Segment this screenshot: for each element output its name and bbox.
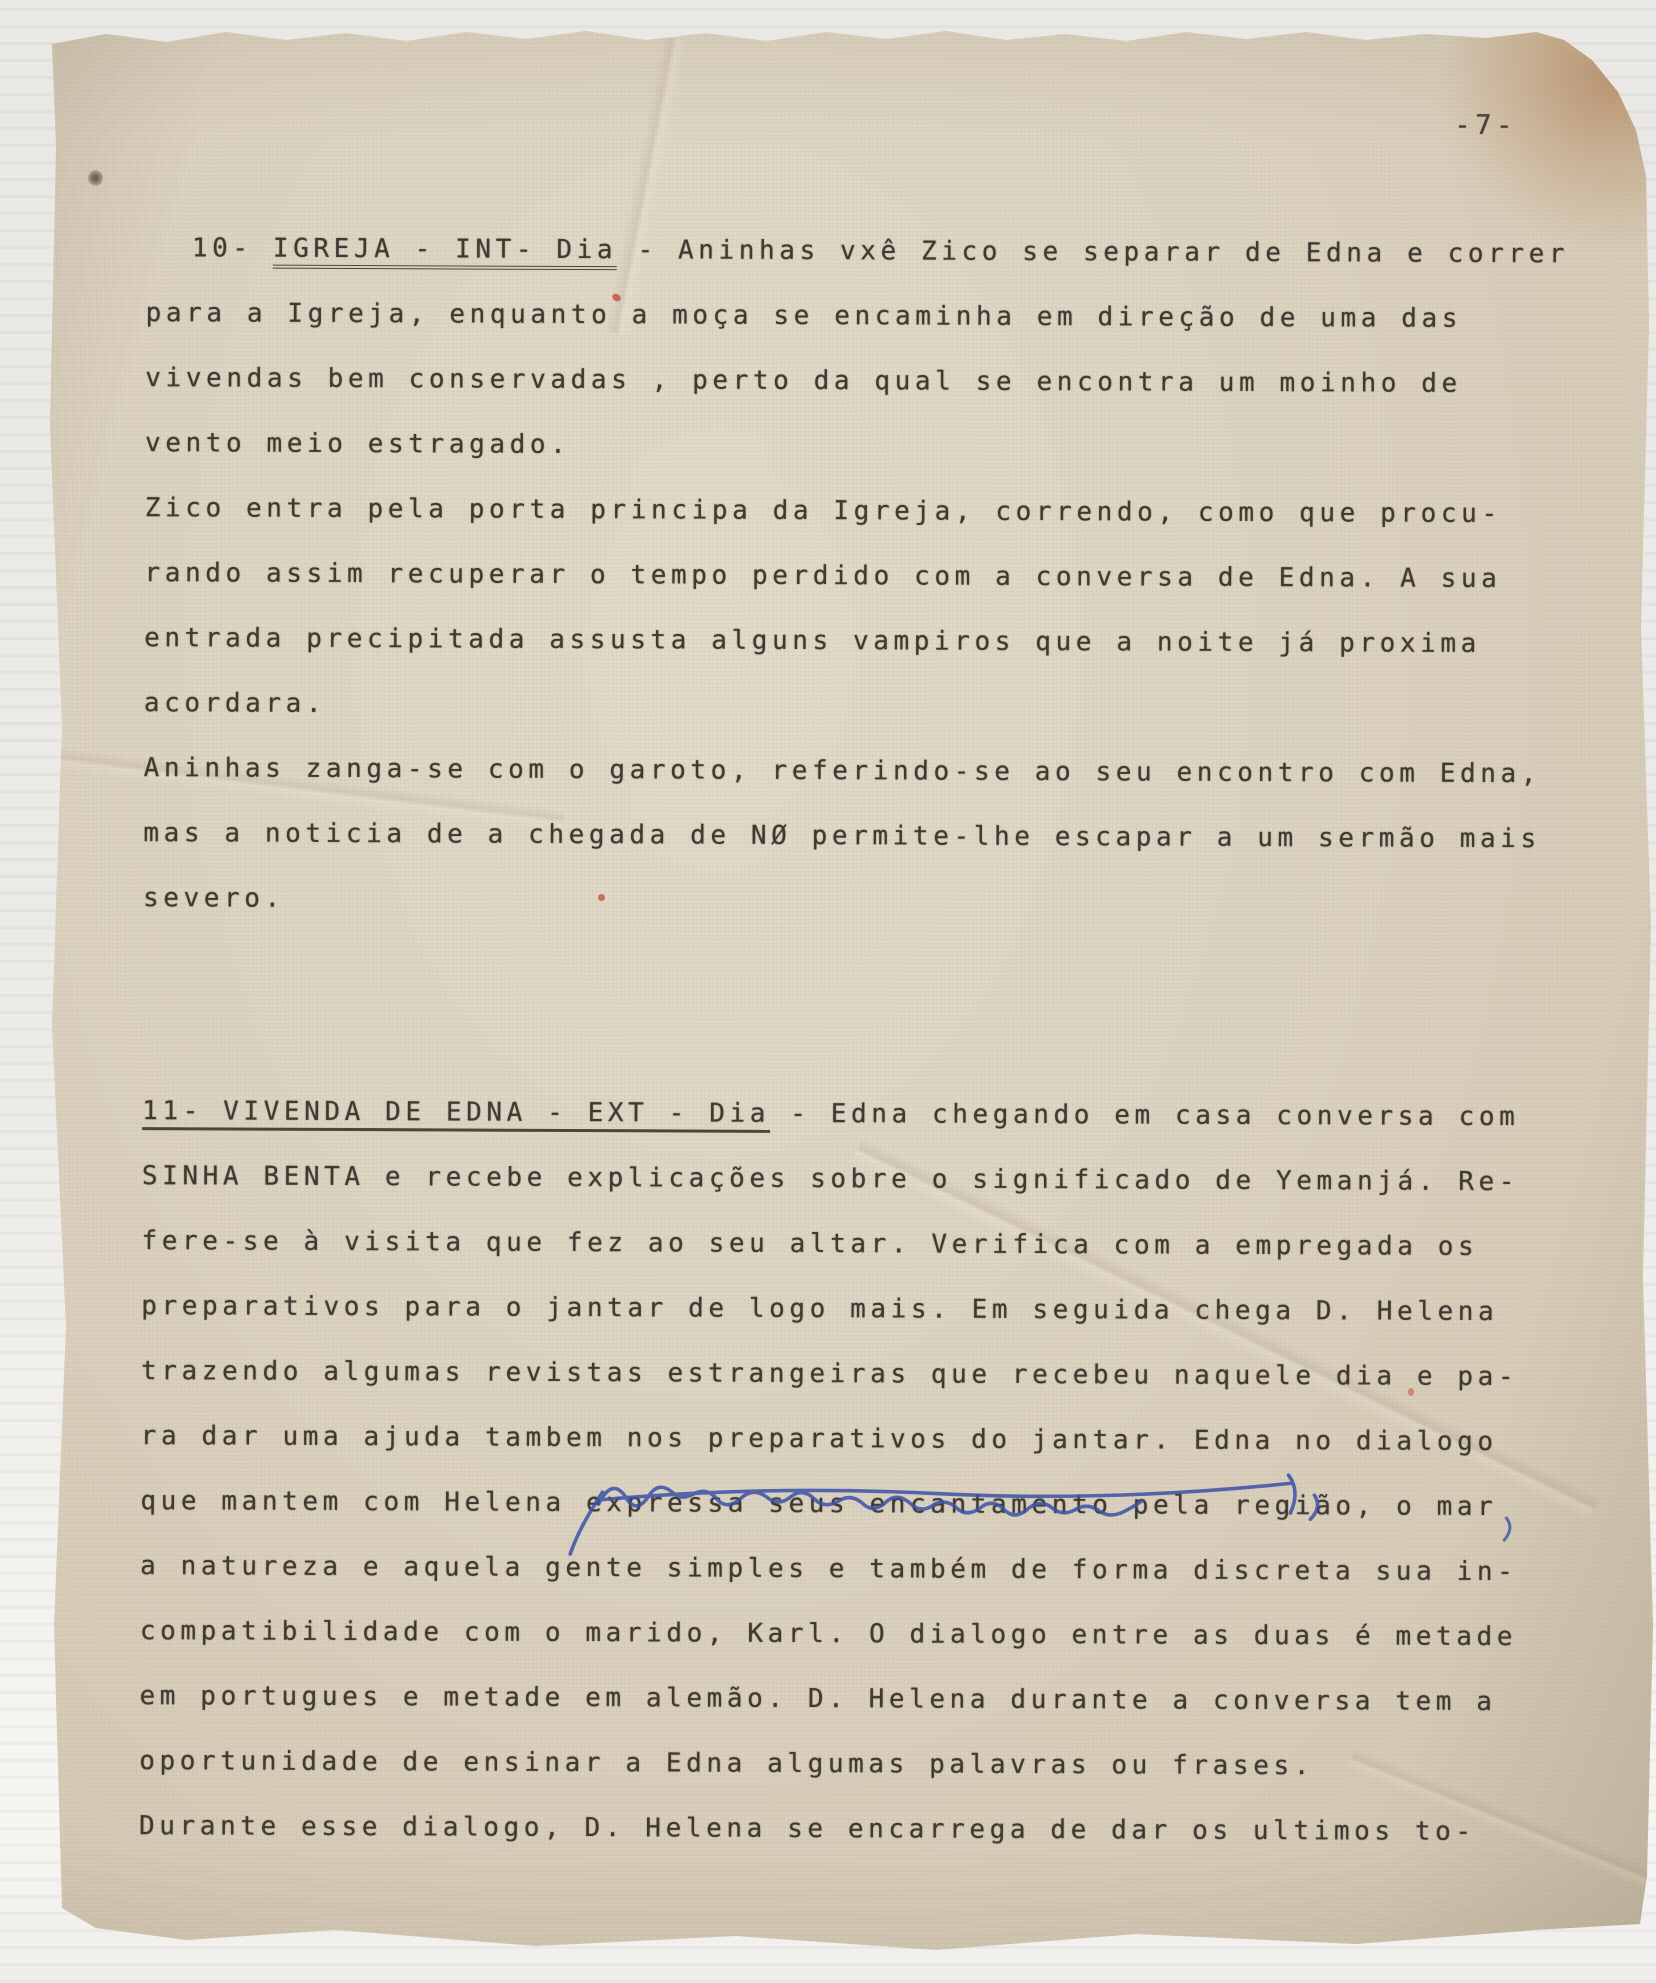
typewritten-line: para a Igreja, enquanto a moça se encami… bbox=[145, 281, 1625, 352]
closing-paren bbox=[1288, 1475, 1295, 1513]
paper-sheet: -7- 10- IGREJA - INT- Dia - Aninhas vxê … bbox=[36, 26, 1656, 1964]
typewritten-line: rando assim recuperar o tempo perdido co… bbox=[144, 541, 1624, 612]
typewritten-line: mas a noticia de a chegada de NØ permite… bbox=[143, 801, 1623, 872]
typewritten-line: severo. bbox=[143, 866, 1623, 937]
handwritten-comma bbox=[1498, 1514, 1518, 1544]
scene-heading-underlined: IGREJA - INT- Dia bbox=[273, 234, 617, 271]
page-number: -7- bbox=[1454, 110, 1517, 141]
typed-content: -7- 10- IGREJA - INT- Dia - Aninhas vxê … bbox=[28, 26, 1656, 1971]
typewritten-line: acordara. bbox=[144, 671, 1624, 742]
typewritten-line: entrada precipitada assusta alguns vampi… bbox=[144, 606, 1624, 677]
scene-heading-rest: - Aninhas vxê Zico se separar de Edna e … bbox=[617, 235, 1569, 269]
scene-number: 10- bbox=[192, 233, 273, 263]
handwritten-annotation bbox=[558, 1446, 1359, 1569]
scene-heading-underlined: 11- VIVENDA DE EDNA - EXT - Dia bbox=[142, 1096, 770, 1133]
scanned-typescript-page: -7- 10- IGREJA - INT- Dia - Aninhas vxê … bbox=[0, 0, 1656, 1983]
scene-10-heading-line: 10- IGREJA - INT- Dia - Aninhas vxê Zico… bbox=[146, 216, 1626, 287]
typewritten-line: preparativos para o jantar de logo mais.… bbox=[141, 1274, 1621, 1345]
scene-11-heading-line: 11- VIVENDA DE EDNA - EXT - Dia - Edna c… bbox=[142, 1079, 1622, 1150]
scene-10-block: 10- IGREJA - INT- Dia - Aninhas vxê Zico… bbox=[143, 216, 1626, 937]
typewritten-line: vento meio estragado. bbox=[145, 411, 1625, 482]
typewritten-line: em portugues e metade em alemão. D. Hele… bbox=[139, 1664, 1619, 1735]
typewritten-line: vivendas bem conservadas , perto da qual… bbox=[145, 346, 1625, 417]
scene-heading-rest: - Edna chegando em casa conversa com bbox=[770, 1099, 1519, 1132]
typewritten-line: Aninhas zanga-se com o garoto, referindo… bbox=[143, 736, 1623, 807]
handwritten-comma-stroke bbox=[1310, 1495, 1317, 1519]
typewritten-line: oportunidade de ensinar a Edna algumas p… bbox=[139, 1729, 1619, 1800]
typewritten-line: trazendo algumas revistas estrangeiras q… bbox=[141, 1339, 1621, 1410]
typewritten-line: compatibilidade com o marido, Karl. O di… bbox=[140, 1599, 1620, 1670]
typewritten-line: SINHA BENTA e recebe explicações sobre o… bbox=[142, 1144, 1622, 1215]
scrawl-strikeline bbox=[596, 1480, 1292, 1503]
typewritten-line: Durante esse dialogo, D. Helena se encar… bbox=[139, 1794, 1619, 1865]
typewritten-line: Zico entra pela porta principa da Igreja… bbox=[145, 476, 1625, 547]
typewritten-line: fere-se à visita que fez ao seu altar. V… bbox=[141, 1209, 1621, 1280]
